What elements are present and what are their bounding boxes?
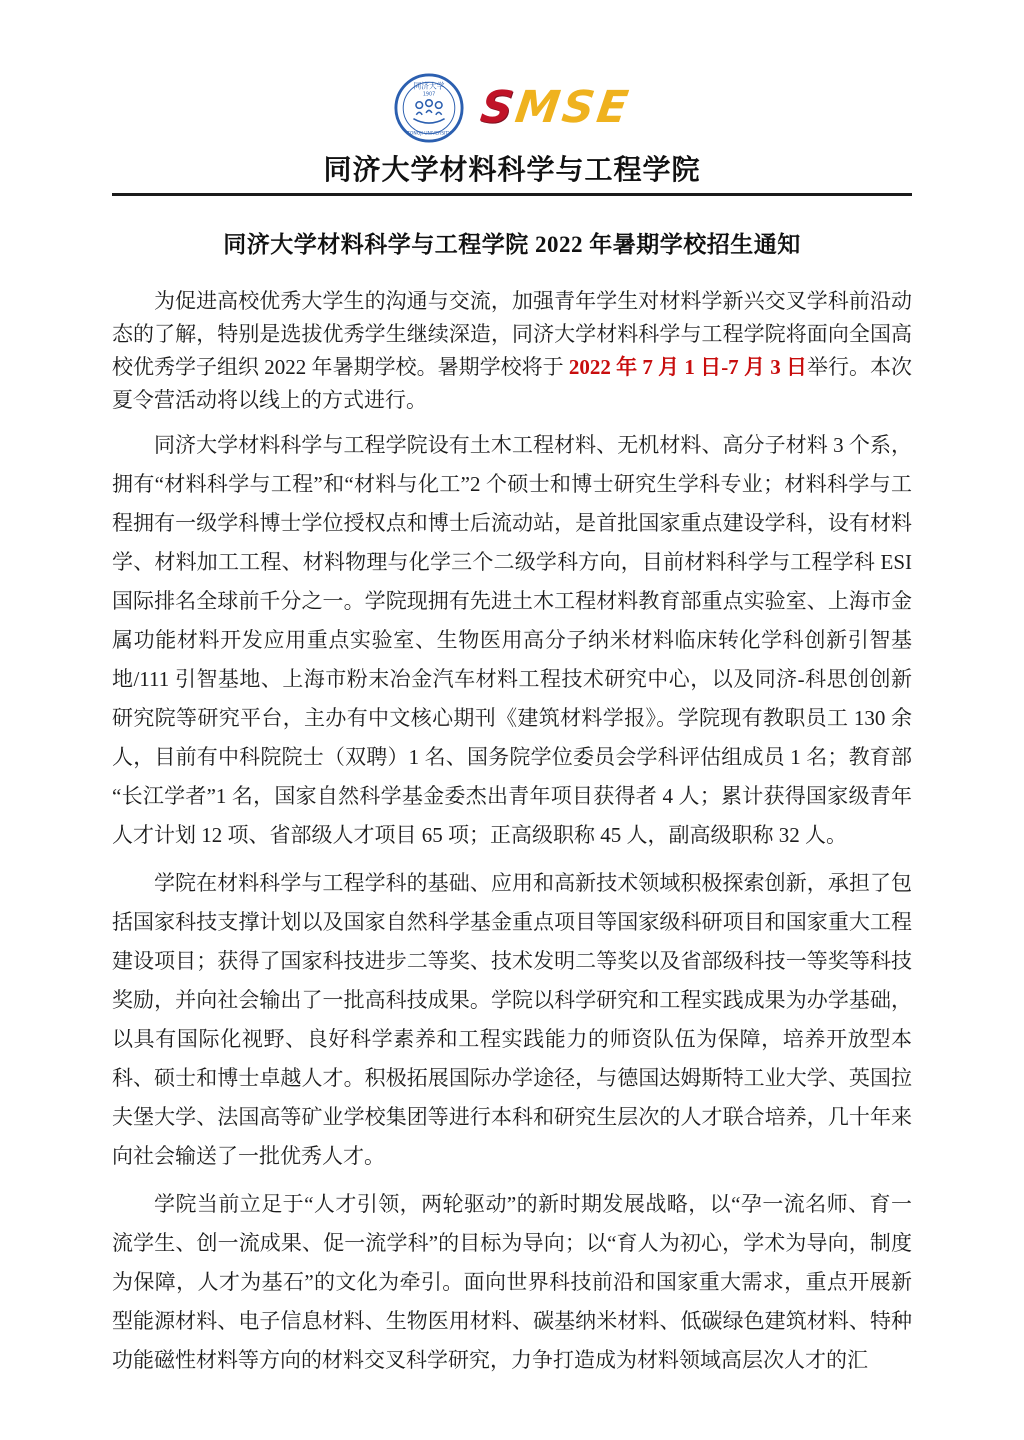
- logo-row: 同济大学 1907 TONGJI UNIVERSITY SMSE: [112, 72, 912, 144]
- document-title: 同济大学材料科学与工程学院 2022 年暑期学校招生通知: [112, 226, 912, 259]
- paragraph-development-strategy: 学院当前立足于“人才引领，两轮驱动”的新时期发展战略，以“孕一流名师、育一流学生…: [112, 1185, 912, 1380]
- paragraph-school-overview: 同济大学材料科学与工程学院设有土木工程材料、无机材料、高分子材料 3 个系，拥有…: [112, 426, 912, 855]
- date-highlight: 2022 年 7 月 1 日-7 月 3 日: [569, 355, 807, 379]
- tongji-university-seal-icon: 同济大学 1907 TONGJI UNIVERSITY: [393, 72, 465, 144]
- document-page: 同济大学 1907 TONGJI UNIVERSITY SMSE 同济大: [0, 0, 1024, 1440]
- svg-text:同济大学: 同济大学: [414, 81, 445, 91]
- school-name: 同济大学材料科学与工程学院: [112, 148, 912, 188]
- paragraph-research-achievements: 学院在材料科学与工程学科的基础、应用和高新技术领域积极探索创新，承担了包括国家科…: [112, 864, 912, 1176]
- header-divider: [112, 193, 912, 196]
- paragraph-intro: 为促进高校优秀大学生的沟通与交流，加强青年学生对材料学新兴交叉学科前沿动态的了解…: [112, 285, 912, 417]
- svg-text:1907: 1907: [423, 91, 435, 97]
- smse-wordmark: SMSE: [478, 86, 633, 130]
- smse-wordmark-mse: MSE: [513, 82, 635, 133]
- document-body: 同济大学材料科学与工程学院 2022 年暑期学校招生通知 为促进高校优秀大学生的…: [112, 226, 912, 1380]
- svg-text:TONGJI UNIVERSITY: TONGJI UNIVERSITY: [407, 130, 452, 136]
- letterhead: 同济大学 1907 TONGJI UNIVERSITY SMSE 同济大: [112, 0, 912, 196]
